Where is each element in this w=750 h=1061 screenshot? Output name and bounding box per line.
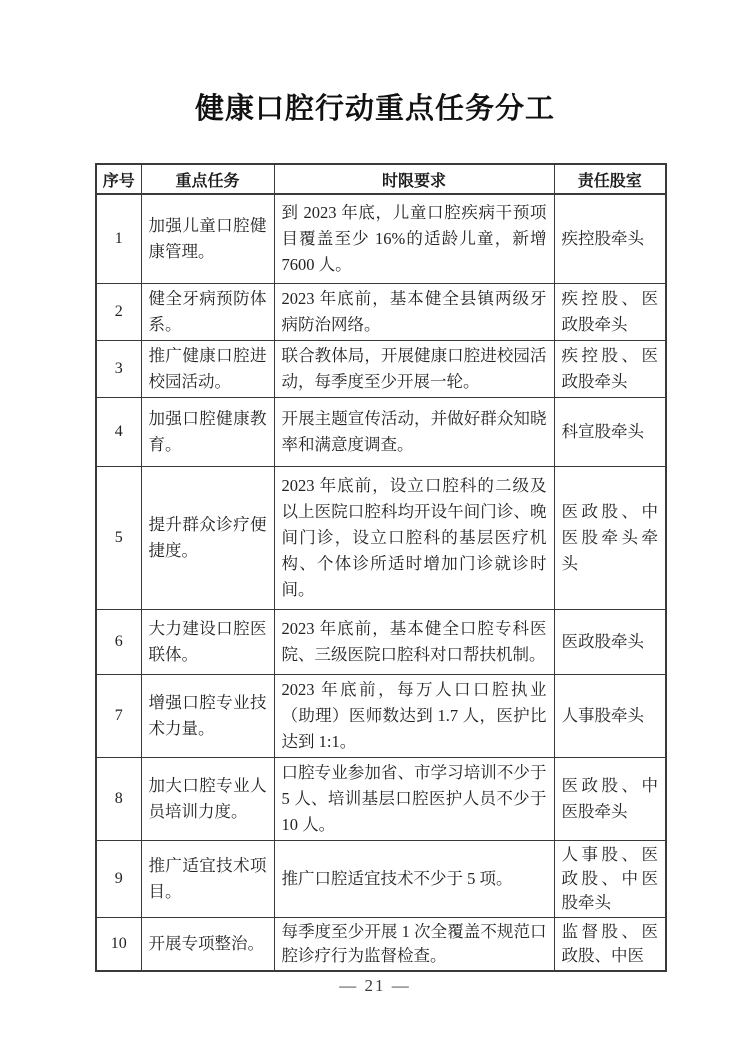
cell-no: 8 (96, 757, 141, 840)
table-header-row: 序号 重点任务 时限要求 责任股室 (96, 164, 666, 194)
cell-requirement: 到 2023 年底，儿童口腔疾病干预项目覆盖至少 16%的适龄儿童，新增 760… (274, 194, 554, 283)
cell-no: 1 (96, 194, 141, 283)
cell-requirement: 2023 年底前，基本健全口腔专科医院、三级医院口腔科对口帮扶机制。 (274, 609, 554, 674)
task-division-table: 序号 重点任务 时限要求 责任股室 1 加强儿童口腔健康管理。 到 2023 年… (95, 163, 667, 972)
cell-no: 9 (96, 840, 141, 917)
cell-task: 大力建设口腔医联体。 (141, 609, 274, 674)
cell-requirement: 口腔专业参加省、市学习培训不少于 5 人、培训基层口腔医护人员不少于 10 人。 (274, 757, 554, 840)
cell-requirement: 联合教体局，开展健康口腔进校园活动，每季度至少开展一轮。 (274, 340, 554, 397)
cell-requirement: 推广口腔适宜技术不少于 5 项。 (274, 840, 554, 917)
col-header-task: 重点任务 (141, 164, 274, 194)
cell-task: 加强口腔健康教育。 (141, 397, 274, 466)
cell-owner: 人事股、医政股、中医股牵头 (554, 840, 666, 917)
cell-task: 开展专项整治。 (141, 917, 274, 971)
cell-task: 健全牙病预防体系。 (141, 283, 274, 340)
page-number: — 21 — (0, 976, 750, 996)
cell-no: 2 (96, 283, 141, 340)
table-row: 7 增强口腔专业技术力量。 2023 年底前，每万人口口腔执业（助理）医师数达到… (96, 674, 666, 757)
table-row: 9 推广适宜技术项目。 推广口腔适宜技术不少于 5 项。 人事股、医政股、中医股… (96, 840, 666, 917)
table-row: 3 推广健康口腔进校园活动。 联合教体局，开展健康口腔进校园活动，每季度至少开展… (96, 340, 666, 397)
cell-no: 4 (96, 397, 141, 466)
cell-requirement: 开展主题宣传活动，并做好群众知晓率和满意度调查。 (274, 397, 554, 466)
cell-task: 推广适宜技术项目。 (141, 840, 274, 917)
cell-task: 加大口腔专业人员培训力度。 (141, 757, 274, 840)
cell-no: 7 (96, 674, 141, 757)
cell-no: 6 (96, 609, 141, 674)
cell-owner: 医政股、中医股牵头 (554, 757, 666, 840)
table-row: 4 加强口腔健康教育。 开展主题宣传活动，并做好群众知晓率和满意度调查。 科宣股… (96, 397, 666, 466)
cell-task: 加强儿童口腔健康管理。 (141, 194, 274, 283)
cell-requirement: 2023 年底前，基本健全县镇两级牙病防治网络。 (274, 283, 554, 340)
table-row: 8 加大口腔专业人员培训力度。 口腔专业参加省、市学习培训不少于 5 人、培训基… (96, 757, 666, 840)
table-row: 6 大力建设口腔医联体。 2023 年底前，基本健全口腔专科医院、三级医院口腔科… (96, 609, 666, 674)
table-row: 10 开展专项整治。 每季度至少开展 1 次全覆盖不规范口腔诊疗行为监督检查。 … (96, 917, 666, 971)
cell-requirement: 2023 年底前，每万人口口腔执业（助理）医师数达到 1.7 人，医护比达到 1… (274, 674, 554, 757)
page-title: 健康口腔行动重点任务分工 (0, 86, 750, 127)
table-row: 1 加强儿童口腔健康管理。 到 2023 年底，儿童口腔疾病干预项目覆盖至少 1… (96, 194, 666, 283)
cell-no: 3 (96, 340, 141, 397)
cell-owner: 疾控股牵头 (554, 194, 666, 283)
cell-task: 增强口腔专业技术力量。 (141, 674, 274, 757)
cell-task: 提升群众诊疗便捷度。 (141, 466, 274, 609)
cell-owner: 疾控股、医政股牵头 (554, 283, 666, 340)
cell-owner: 医政股、中医股牵头牵头 (554, 466, 666, 609)
cell-owner: 监督股、医政股、中医 (554, 917, 666, 971)
col-header-no: 序号 (96, 164, 141, 194)
col-header-requirement: 时限要求 (274, 164, 554, 194)
cell-task: 推广健康口腔进校园活动。 (141, 340, 274, 397)
cell-requirement: 2023 年底前，设立口腔科的二级及以上医院口腔科均开设午间门诊、晚间门诊，设立… (274, 466, 554, 609)
cell-owner: 科宣股牵头 (554, 397, 666, 466)
table-row: 2 健全牙病预防体系。 2023 年底前，基本健全县镇两级牙病防治网络。 疾控股… (96, 283, 666, 340)
table-row: 5 提升群众诊疗便捷度。 2023 年底前，设立口腔科的二级及以上医院口腔科均开… (96, 466, 666, 609)
cell-no: 10 (96, 917, 141, 971)
col-header-owner: 责任股室 (554, 164, 666, 194)
cell-no: 5 (96, 466, 141, 609)
cell-requirement: 每季度至少开展 1 次全覆盖不规范口腔诊疗行为监督检查。 (274, 917, 554, 971)
cell-owner: 人事股牵头 (554, 674, 666, 757)
document-page: 健康口腔行动重点任务分工 序号 重点任务 时限要求 责任股室 1 加强儿童口腔健… (0, 0, 750, 1061)
cell-owner: 医政股牵头 (554, 609, 666, 674)
cell-owner: 疾控股、医政股牵头 (554, 340, 666, 397)
